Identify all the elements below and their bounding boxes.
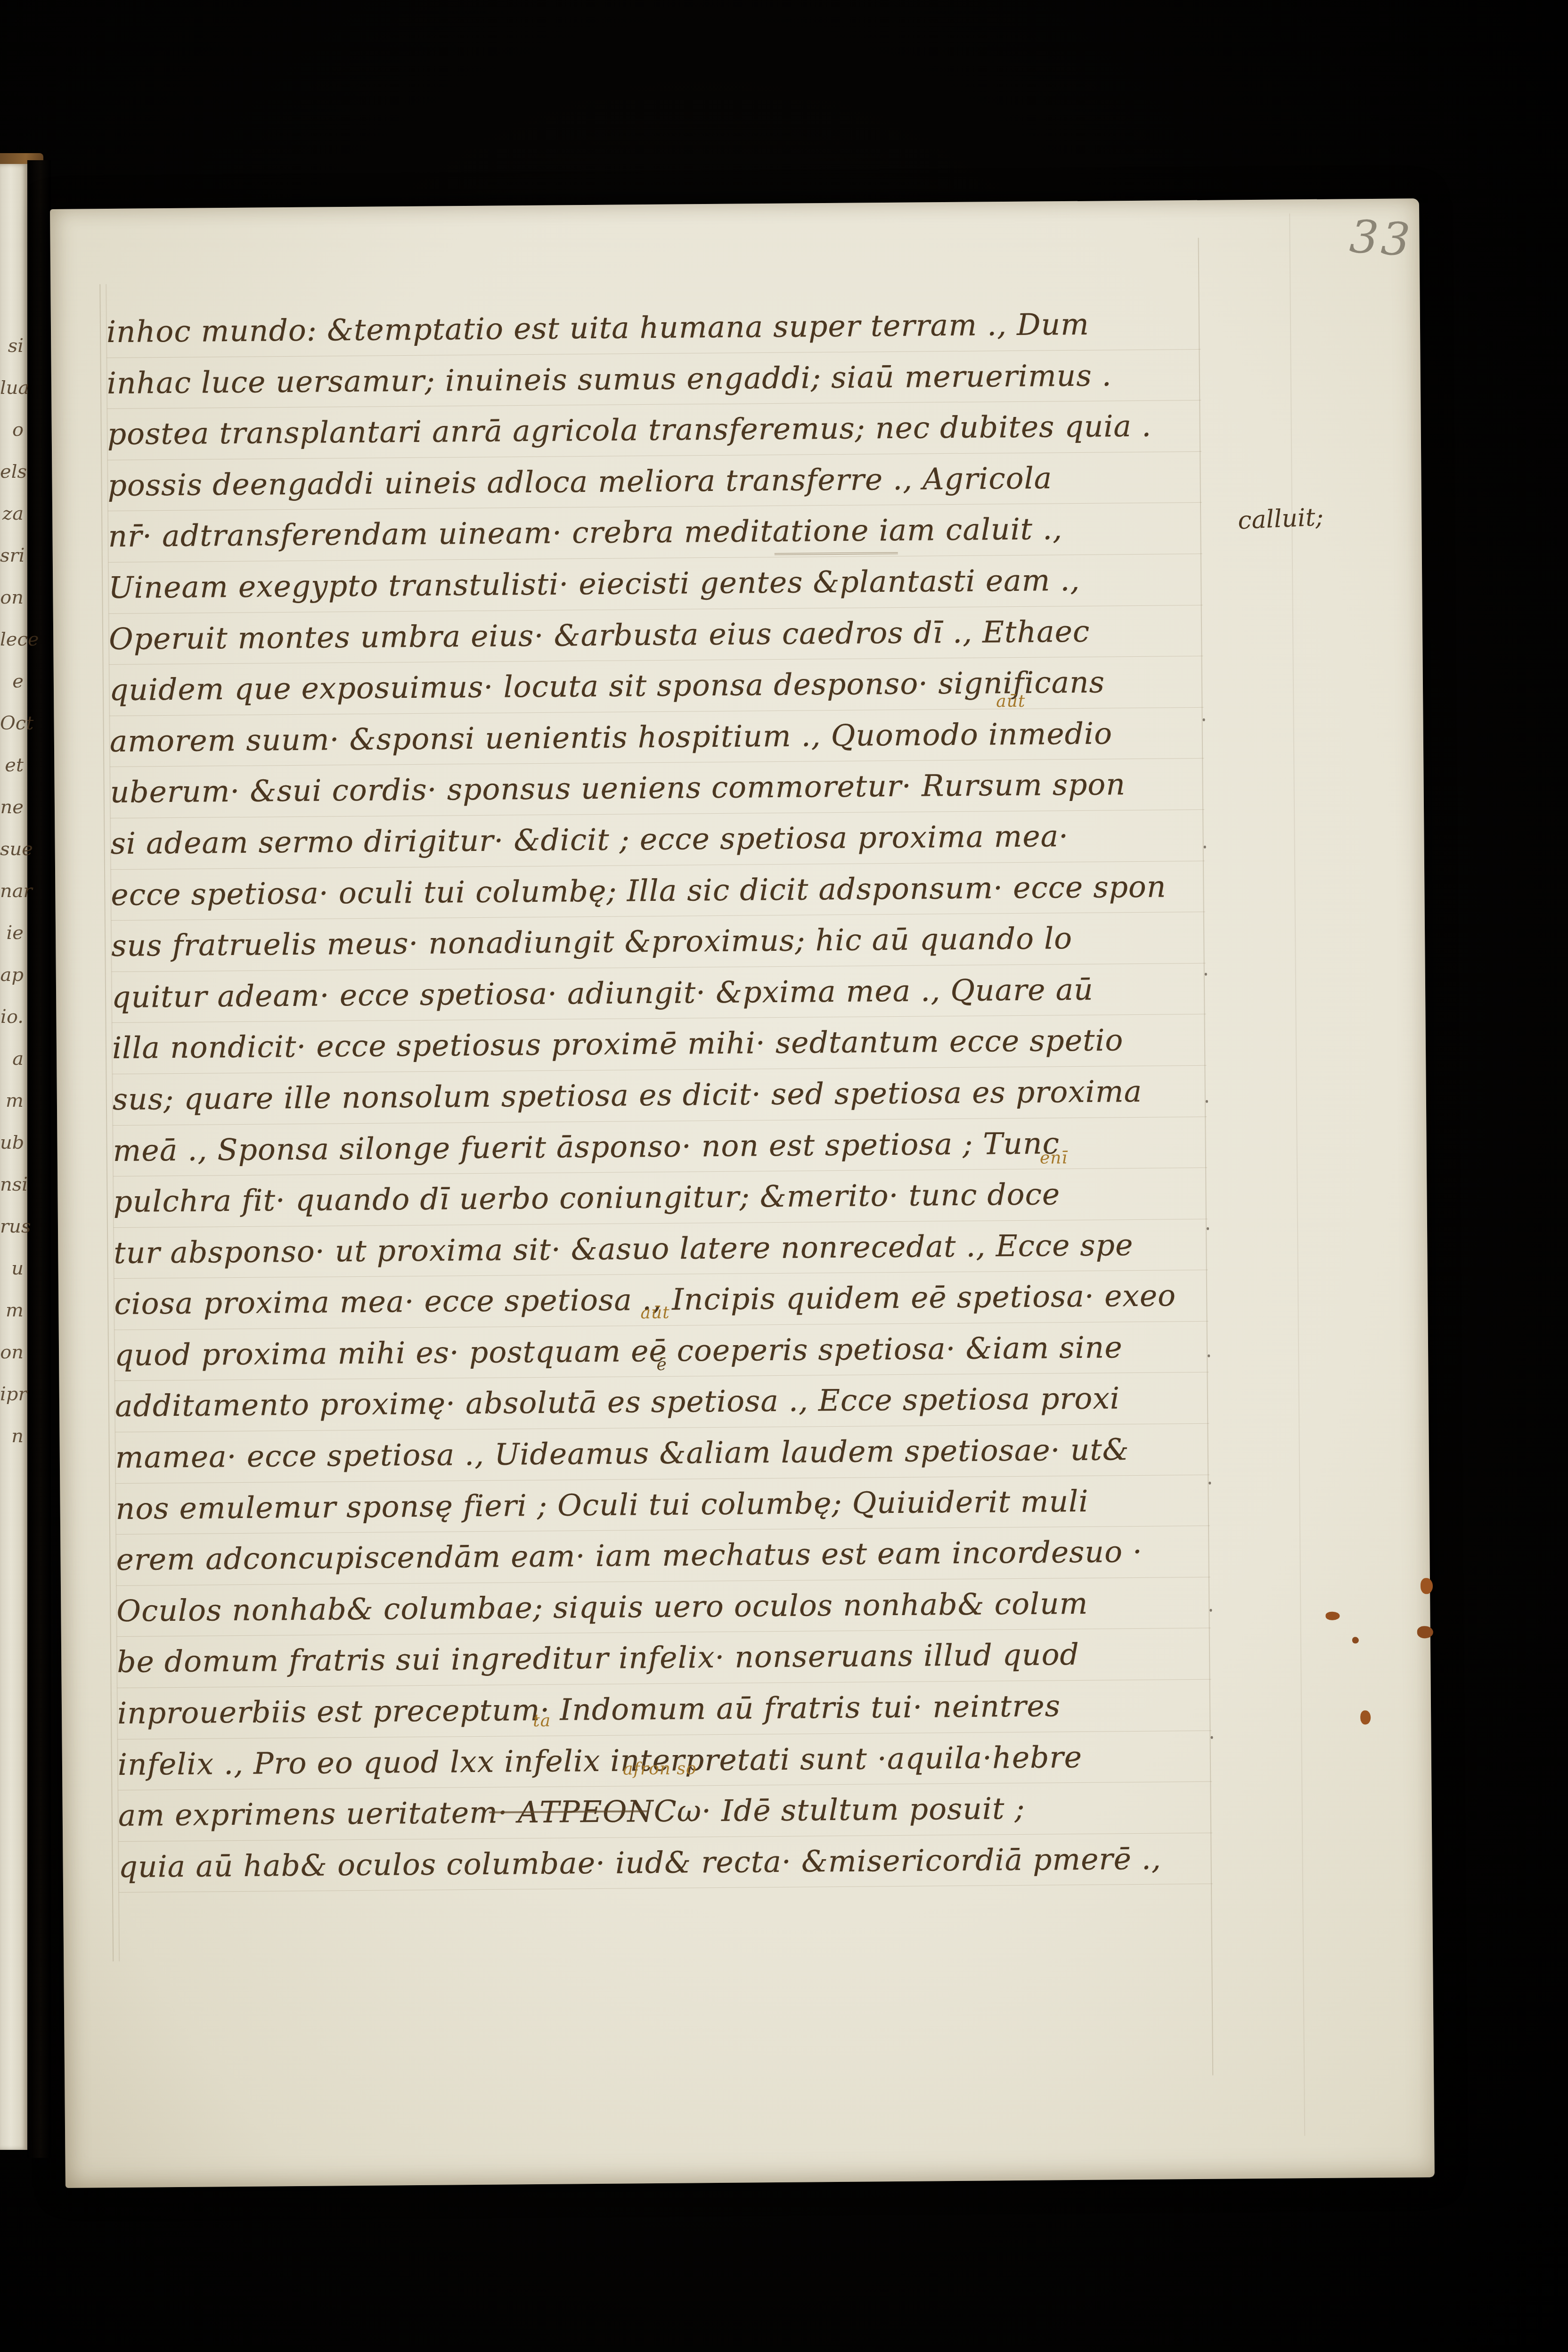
interlinear-gloss: aūt (996, 692, 1025, 711)
manuscript-line: nr̄· adtransferendam uineam· crebra medi… (108, 503, 1202, 563)
edge-fragment: sri (0, 535, 25, 577)
margin-note-calluit: calluit; (1237, 503, 1324, 535)
manuscript-line: Uineam exegypto transtulisti· eiecisti g… (108, 554, 1203, 614)
interlinear-gloss: ta (533, 1711, 551, 1731)
manuscript-line: Operuit montes umbra eius· &arbusta eius… (109, 605, 1203, 665)
manuscript-line: sus fratruelis meus· nonadiungit &proxim… (111, 912, 1206, 972)
edge-fragment: et (0, 744, 25, 786)
edge-fragment: e (0, 661, 25, 702)
edge-fragment: lua (0, 367, 25, 409)
manuscript-line: uberum· &sui cordis· sponsus ueniens com… (110, 759, 1204, 818)
manuscript-line: additamento proximę· absolutā es spetios… (115, 1372, 1209, 1432)
manuscript-line: amorem suum· &sponsi uenientis hospitium… (109, 708, 1204, 768)
text-block: inhoc mundo: &temptatio est uita humana … (106, 298, 1213, 1893)
manuscript-line: postea transplantari anrā agricola trans… (107, 400, 1201, 460)
edge-fragment: on (0, 577, 25, 619)
interlinear-gloss: enī (1040, 1148, 1068, 1168)
ink-blot (1421, 1578, 1433, 1594)
gutter-shadow (27, 160, 51, 2158)
edge-fragment: lece (0, 619, 25, 661)
manuscript-line: pulchra fit· quando dī uerbo coniungitur… (113, 1168, 1208, 1228)
edge-fragment: rus (0, 1206, 25, 1248)
manuscript-line: mamea· ecce spetiosa ., Uideamus &aliam … (115, 1424, 1209, 1484)
edge-fragment: o (0, 409, 25, 451)
manuscript-line: quidem que exposuimus· locuta sit sponsa… (109, 656, 1204, 716)
edge-fragment: els (0, 451, 25, 493)
manuscript-line: ecce spetiosa· oculi tui columbę; Illa s… (111, 861, 1205, 921)
edge-fragment: n (0, 1415, 25, 1457)
manuscript-line: possis deengaddi uineis adloca meliora t… (107, 452, 1202, 512)
ink-blot (1417, 1626, 1433, 1638)
edge-fragment: ie (0, 912, 25, 954)
manuscript-line: tur absponso· ut proxima sit· &asuo late… (114, 1219, 1208, 1279)
edge-fragment: a (0, 1038, 25, 1080)
manuscript-line: quia aū hab& oculos columbae· iud& recta… (118, 1833, 1213, 1893)
edge-fragment: u (0, 1248, 25, 1290)
edge-fragment: ne (0, 786, 25, 828)
manuscript-line: si adeam sermo dirigitur· &dicit ; ecce … (110, 810, 1205, 870)
edge-fragment: nar (0, 870, 25, 912)
manuscript-photo-background: si lua o els za sri on lece e Oct et ne … (0, 0, 1568, 2352)
edge-fragment: si (0, 325, 25, 367)
ink-blot (1360, 1710, 1371, 1724)
edge-fragment: io. (0, 996, 25, 1038)
edge-fragment: m (0, 1080, 25, 1122)
ink-blot (1325, 1612, 1339, 1620)
manuscript-line: quitur adeam· ecce spetiosa· adiungit· &… (112, 964, 1206, 1023)
manuscript-line: nos emulemur sponsę fieri ; Oculi tui co… (115, 1475, 1210, 1535)
manuscript-line: inhoc mundo: &temptatio est uita humana … (106, 298, 1201, 358)
interlinear-gloss: aūt (640, 1303, 670, 1323)
crease-line-right (1289, 213, 1305, 2136)
edge-fragment: sue (0, 828, 25, 870)
edge-fragment: m (0, 1290, 25, 1331)
manuscript-line: inhac luce uersamur; inuineis sumus enga… (106, 349, 1201, 409)
ink-blot (1352, 1637, 1359, 1643)
interlinear-gloss: ē (656, 1355, 667, 1374)
folio-number: 33 (1348, 210, 1414, 267)
edge-fragment: za (0, 493, 25, 535)
facing-page-fragments: si lua o els za sri on lece e Oct et ne … (0, 325, 25, 1457)
interlinear-gloss: afron so (623, 1759, 697, 1779)
edge-fragment: nsi (0, 1164, 25, 1206)
edge-fragment: ub (0, 1122, 25, 1164)
manuscript-line: inprouerbiis est preceptum· Indomum aū f… (117, 1680, 1212, 1739)
edge-fragment: ipr (0, 1373, 25, 1415)
edge-fragment: on (0, 1331, 25, 1373)
edge-fragment: Oct (0, 702, 25, 744)
manuscript-line: be domum fratris sui ingreditur infelix·… (117, 1628, 1211, 1688)
manuscript-page: 33 calluit; inhoc mundo: &temptatio est … (50, 198, 1435, 2188)
edge-fragment: ap (0, 954, 25, 996)
manuscript-line: Oculos nonhab& columbae; siquis uero ocu… (116, 1577, 1211, 1637)
manuscript-line: sus; quare ille nonsolum spetiosa es dic… (112, 1066, 1207, 1126)
manuscript-line: am exprimens ueritatem· ΑΤΡΕΟΝCω· Idē st… (118, 1782, 1212, 1842)
manuscript-line: erem adconcupiscendām eam· iam mechatus … (116, 1526, 1210, 1586)
manuscript-line: illa nondicit· ecce spetiosus proximē mi… (112, 1014, 1207, 1074)
